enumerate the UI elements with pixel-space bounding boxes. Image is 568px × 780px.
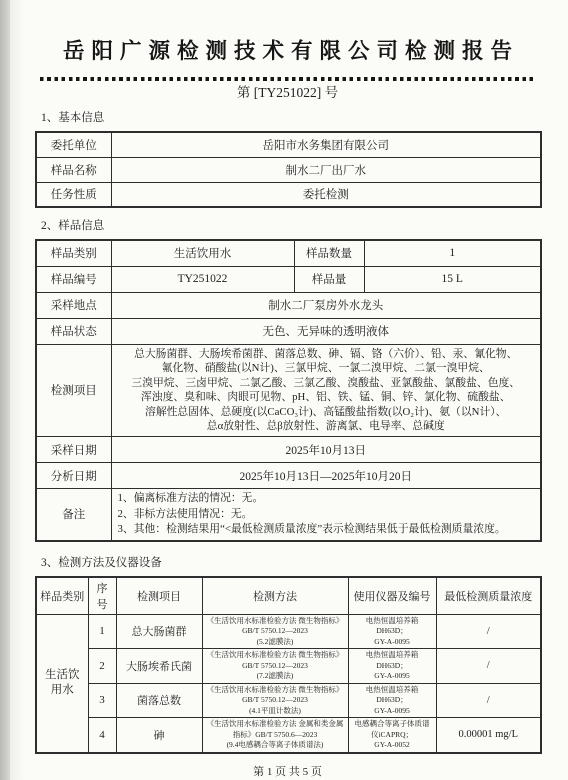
- row-method: 《生活饮用水标准检验方法 微生物指标》 GB/T 5750.12—2023 (4…: [202, 683, 348, 718]
- row-item: 砷: [116, 718, 202, 753]
- section-heading-methods: 3、检测方法及仪器设备: [41, 557, 540, 570]
- row-no: 1: [88, 614, 116, 649]
- table-row: 2 大肠埃希氏菌 《生活饮用水标准检验方法 微生物指标》 GB/T 5750.1…: [36, 649, 541, 684]
- header-sample-category: 样品类别: [36, 577, 88, 615]
- sample-info-table: 样品类别 生活饮用水 样品数量 1 样品编号 TY251022 样品量 15 L…: [35, 239, 542, 542]
- section-heading-basic-info: 1、基本信息: [41, 112, 540, 125]
- analysis-date-value: 2025年10月13日—2025年10月20日: [111, 463, 541, 489]
- header-test-method: 检测方法: [202, 577, 348, 615]
- table-row: 生活饮用水 1 总大肠菌群 《生活饮用水标准检验方法 微生物指标》 GB/T 5…: [36, 614, 541, 649]
- header-serial-no: 序号: [88, 577, 116, 615]
- basic-info-table: 委托单位 岳阳市水务集团有限公司 样品名称 制水二厂出厂水 任务性质 委托检测: [35, 131, 542, 208]
- row-instrument: 电热恒温培养箱 DH63D； GY-A-0095: [348, 614, 436, 649]
- sampling-date-value: 2025年10月13日: [111, 437, 541, 463]
- table-row: 委托单位 岳阳市水务集团有限公司: [36, 132, 541, 157]
- scan-edge-strip: [0, 0, 10, 780]
- sample-volume-label: 样品量: [294, 266, 364, 292]
- row-no: 3: [88, 683, 116, 718]
- section-heading-sample-info: 2、样品信息: [41, 220, 540, 233]
- table-row: 样品状态 无色、无异味的透明液体: [36, 318, 541, 344]
- remarks-label: 备注: [36, 489, 111, 541]
- row-no: 4: [88, 718, 116, 753]
- table-row: 样品名称 制水二厂出厂水: [36, 157, 541, 182]
- table-row: 检测项目 总大肠菌群、大肠埃希菌群、菌落总数、砷、镉、铬（六价）、铅、汞、氰化物…: [36, 344, 541, 437]
- row-instrument: 电感耦合等离子体质谱 仪iCAPRQ； GY-A-0052: [348, 718, 436, 753]
- header-test-item: 检测项目: [116, 577, 202, 615]
- row-instrument: 电热恒温培养箱 DH63D； GY-A-0095: [348, 683, 436, 718]
- page-footer: 第 1 页 共 5 页: [35, 763, 540, 779]
- table-row: 分析日期 2025年10月13日—2025年10月20日: [36, 463, 541, 489]
- sampling-date-label: 采样日期: [36, 437, 111, 463]
- row-method: 《生活饮用水标准检验方法 金属和类金属 指标》GB/T 5750.6—2023 …: [202, 718, 348, 753]
- remarks-value: 1、偏离标准方法的情况：无。 2、非标方法使用情况：无。 3、其他：检测结果用“…: [111, 489, 541, 541]
- sample-name-label: 样品名称: [36, 157, 111, 182]
- sample-code-label: 样品编号: [36, 266, 111, 292]
- sample-state-label: 样品状态: [36, 318, 111, 344]
- sample-category-cell: 生活饮用水: [36, 614, 88, 753]
- sample-quantity-label: 样品数量: [294, 240, 364, 266]
- row-mdl: /: [436, 614, 541, 649]
- row-mdl: 0.00001 mg/L: [436, 718, 541, 753]
- sample-category-label: 样品类别: [36, 240, 111, 266]
- table-row: 任务性质 委托检测: [36, 182, 541, 207]
- sample-volume-value: 15 L: [364, 266, 541, 292]
- sampling-site-label: 采样地点: [36, 292, 111, 318]
- table-row: 3 菌落总数 《生活饮用水标准检验方法 微生物指标》 GB/T 5750.12—…: [36, 683, 541, 718]
- task-type-value: 委托检测: [111, 182, 541, 207]
- table-row: 样品类别 生活饮用水 样品数量 1: [36, 240, 541, 266]
- doc-number: 第 [TY251022] 号: [35, 85, 540, 101]
- sampling-site-value: 制水二厂泵房外水龙头: [111, 292, 541, 318]
- analysis-date-label: 分析日期: [36, 463, 111, 489]
- sample-quantity-value: 1: [364, 240, 541, 266]
- client-value: 岳阳市水务集团有限公司: [111, 132, 541, 157]
- row-no: 2: [88, 649, 116, 684]
- header-instrument: 使用仪器及编号: [348, 577, 436, 615]
- table-row: 样品编号 TY251022 样品量 15 L: [36, 266, 541, 292]
- dotted-divider: [40, 77, 536, 81]
- row-mdl: /: [436, 649, 541, 684]
- sample-category-value: 生活饮用水: [111, 240, 294, 266]
- table-row: 备注 1、偏离标准方法的情况：无。 2、非标方法使用情况：无。 3、其他：检测结…: [36, 489, 541, 541]
- report-page: 岳阳广源检测技术有限公司检测报告 第 [TY251022] 号 1、基本信息 委…: [10, 0, 568, 780]
- table-row: 采样地点 制水二厂泵房外水龙头: [36, 292, 541, 318]
- row-method: 《生活饮用水标准检验方法 微生物指标》 GB/T 5750.12—2023 (5…: [202, 614, 348, 649]
- row-mdl: /: [436, 683, 541, 718]
- row-item: 大肠埃希氏菌: [116, 649, 202, 684]
- row-instrument: 电热恒温培养箱 DH63D； GY-A-0095: [348, 649, 436, 684]
- table-row: 4 砷 《生活饮用水标准检验方法 金属和类金属 指标》GB/T 5750.6—2…: [36, 718, 541, 753]
- sample-code-value: TY251022: [111, 266, 294, 292]
- test-items-value: 总大肠菌群、大肠埃希菌群、菌落总数、砷、镉、铬（六价）、铅、汞、氰化物、 氟化物…: [111, 344, 541, 437]
- test-items-label: 检测项目: [36, 344, 111, 437]
- header-mdl: 最低检测质量浓度: [436, 577, 541, 615]
- sample-state-value: 无色、无异味的透明液体: [111, 318, 541, 344]
- row-item: 菌落总数: [116, 683, 202, 718]
- table-header-row: 样品类别 序号 检测项目 检测方法 使用仪器及编号 最低检测质量浓度: [36, 577, 541, 615]
- sample-name-value: 制水二厂出厂水: [111, 157, 541, 182]
- table-row: 采样日期 2025年10月13日: [36, 437, 541, 463]
- row-item: 总大肠菌群: [116, 614, 202, 649]
- report-title: 岳阳广源检测技术有限公司检测报告: [35, 36, 540, 66]
- task-type-label: 任务性质: [36, 182, 111, 207]
- client-label: 委托单位: [36, 132, 111, 157]
- methods-table: 样品类别 序号 检测项目 检测方法 使用仪器及编号 最低检测质量浓度 生活饮用水…: [35, 576, 542, 754]
- row-method: 《生活饮用水标准检验方法 微生物指标》 GB/T 5750.12—2023 (7…: [202, 649, 348, 684]
